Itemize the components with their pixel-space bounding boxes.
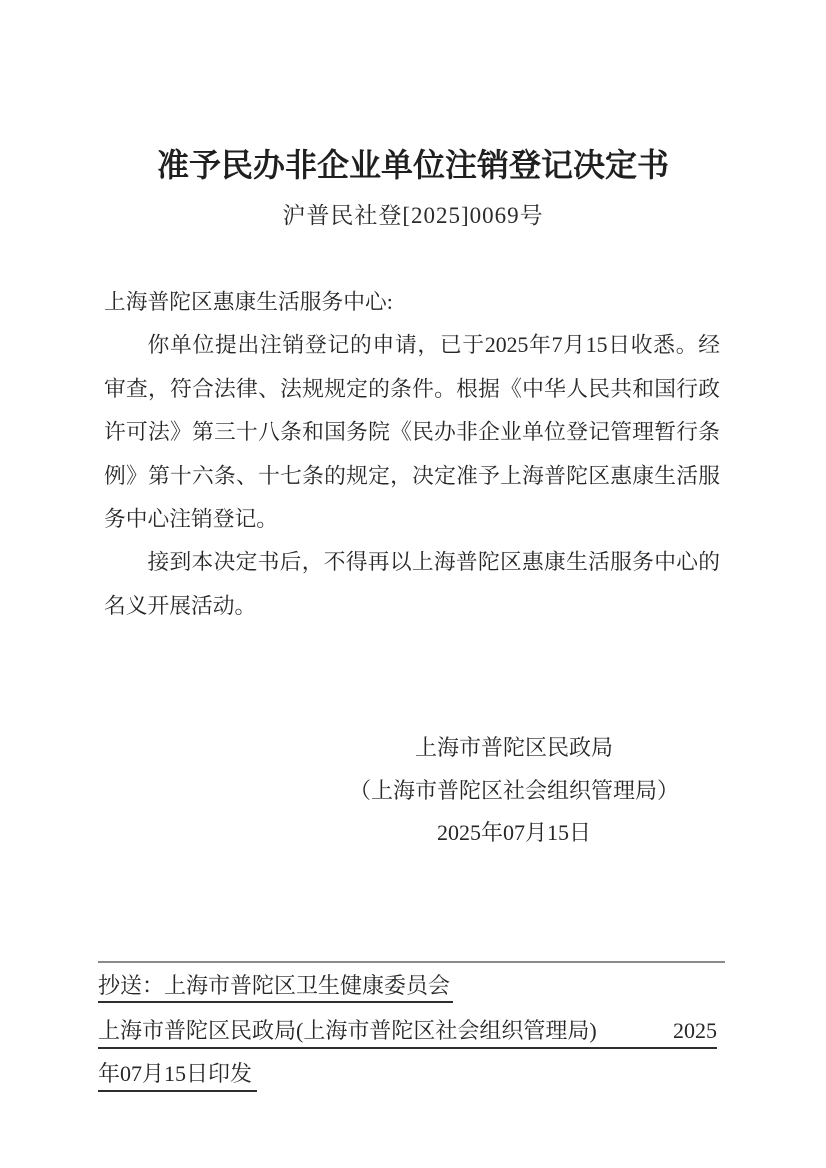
body-line: 接到本决定书后，不得再以上海普陀区惠康生活服务中心的 [104, 541, 720, 584]
document-number: 沪普民社登[2025]0069号 [0, 197, 826, 230]
scanned-document-page: 准予民办非企业单位注销登记决定书 沪普民社登[2025]0069号 上海普陀区惠… [0, 0, 826, 1168]
body-line: 例》第十六条、十七条的规定，决定准予上海普陀区惠康生活服 [104, 455, 720, 498]
body-line: 名义开展活动。 [104, 585, 720, 628]
body-line: 务中心注销登记。 [104, 498, 720, 541]
signature-date: 2025年07月15日 [204, 812, 824, 855]
body-line: 许可法》第三十八条和国务院《民办非企业单位登记管理暂行条 [104, 411, 720, 454]
footer-issue-year: 2025 [673, 1016, 717, 1046]
footer-divider-rule [98, 961, 725, 963]
body-line: 上海普陀区惠康生活服务中心: [104, 281, 720, 324]
body-line: 审查，符合法律、法规规定的条件。根据《中华人民共和国行政 [104, 368, 720, 411]
signature-block: 上海市普陀区民政局 （上海市普陀区社会组织管理局） 2025年07月15日 [204, 727, 824, 855]
footer-issuer-row: 上海市普陀区民政局(上海市普陀区社会组织管理局) 2025 [98, 1016, 717, 1049]
document-title: 准予民办非企业单位注销登记决定书 [0, 140, 826, 186]
signature-authority-alt: （上海市普陀区社会组织管理局） [204, 770, 824, 813]
body-line: 你单位提出注销登记的申请，已于2025年7月15日收悉。经 [104, 324, 720, 367]
footer-cc-line: 抄送：上海市普陀区卫生健康委员会 [98, 971, 453, 1003]
footer-issuer-line: 上海市普陀区民政局(上海市普陀区社会组织管理局) [98, 1016, 597, 1046]
footer-issue-date-line: 年07月15日印发 [98, 1059, 257, 1092]
document-body: 上海普陀区惠康生活服务中心:你单位提出注销登记的申请，已于2025年7月15日收… [104, 281, 720, 628]
signature-authority: 上海市普陀区民政局 [204, 727, 824, 770]
